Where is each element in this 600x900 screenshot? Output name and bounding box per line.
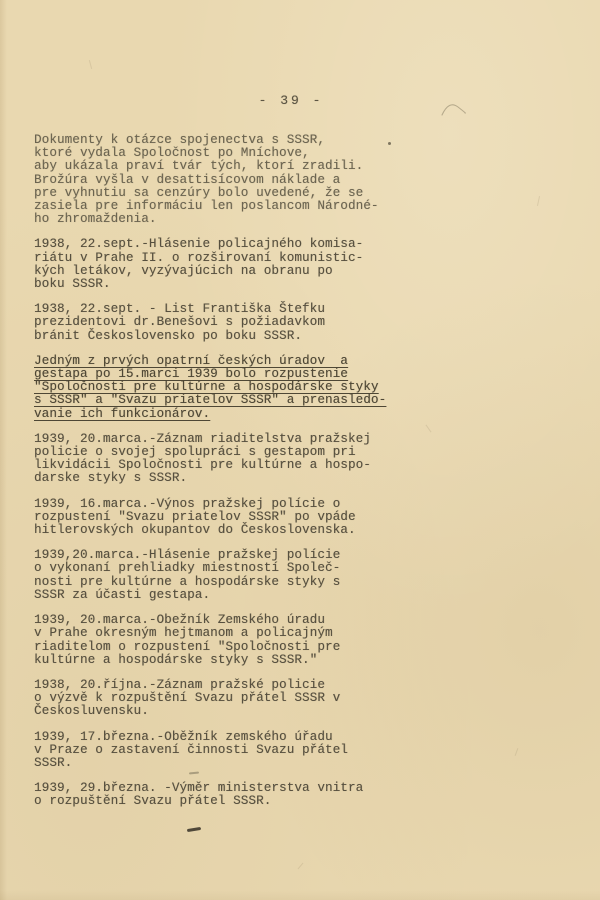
paragraph: 1939, 20.marca.-Obežník Zemského úraduv … [34, 614, 574, 667]
text-line: bránit Československo po boku SSSR. [34, 330, 574, 343]
ink-smudge [187, 827, 201, 832]
paragraph: 1938, 22.sept.-Hlásenie policajného komi… [34, 238, 574, 291]
text-line: 1938, 22.sept.-Hlásenie policajného komi… [34, 238, 574, 251]
paragraph: 1939, 29.března. -Výměr ministerstva vni… [34, 782, 574, 808]
text-line: v Praze o zastavení činnosti Svazu přáte… [34, 744, 574, 757]
text-line: kultúrne a hospodárske styky s SSSR." [34, 654, 574, 667]
text-line: vanie ich funkcionárov. [34, 408, 574, 421]
text-line: s SSSR" a "Svazu priatelov SSSR" a prena… [34, 394, 574, 407]
text-line: 1939, 17.března.-Oběžník zemského úřadu [34, 731, 574, 744]
text-line: 1939, 16.marca.-Výnos pražskej polície o [34, 498, 574, 511]
text-line: Brožúra vyšla v desattisícovom náklade a [34, 174, 574, 187]
paragraph: 1939,20.marca.-Hlásenie pražskej polície… [34, 549, 574, 602]
paragraph: 1939, 16.marca.-Výnos pražskej polície o… [34, 498, 574, 538]
text-line: nosti pre kultúrne a hospodárske styky s [34, 576, 574, 589]
text-line: boku SSSR. [34, 278, 574, 291]
text-line: prezidentovi dr.Benešovi s požiadavkom [34, 316, 574, 329]
text-line: v Prahe okresným hejtmanom a policajným [34, 627, 574, 640]
paragraph: 1939, 17.března.-Oběžník zemského úřaduv… [34, 731, 574, 771]
text-line: ho zhromaždenia. [34, 213, 574, 226]
document-body: Dokumenty k otázce spojenectva s SSSR,kt… [34, 134, 574, 821]
paragraph: Dokumenty k otázce spojenectva s SSSR,kt… [34, 134, 574, 226]
text-line: kých letákov, vyzývajúcich na obranu po [34, 265, 574, 278]
underlined-paragraph: Jedným z prvých opatrní českých úradov a… [34, 355, 574, 421]
pencil-mark [441, 99, 467, 119]
text-line: o vykonaní prehliadky miestností Společ- [34, 562, 574, 575]
text-line: aby ukázala praví tvár tých, ktorí zradi… [34, 160, 574, 173]
text-line: SSSR za účasti gestapa. [34, 589, 574, 602]
text-line: riaditelom o rozpustení "Spoločnosti pre [34, 641, 574, 654]
paragraph: 1939, 20.marca.-Záznam riaditelstva praž… [34, 433, 574, 486]
text-line: SSSR. [34, 757, 574, 770]
text-line: o rozpuštění Svazu přátel SSSR. [34, 795, 574, 808]
text-line: darske styky s SSSR. [34, 472, 574, 485]
paper-fiber [298, 863, 304, 870]
paper-fiber [89, 60, 92, 69]
scanned-document-page: - 39 - Dokumenty k otázce spojenectva s … [0, 0, 600, 900]
paragraph: 1938, 22.sept. - List Františka Štefkupr… [34, 303, 574, 343]
paragraph: 1938, 20.října.-Záznam pražské policieo … [34, 679, 574, 719]
text-line: hitlerovských okupantov do Československ… [34, 524, 574, 537]
ink-speck [388, 142, 391, 145]
text-line: Českosluvensku. [34, 705, 574, 718]
text-line: riátu v Prahe II. o rozširovaní komunist… [34, 252, 574, 265]
page-number: - 39 - [0, 93, 591, 108]
